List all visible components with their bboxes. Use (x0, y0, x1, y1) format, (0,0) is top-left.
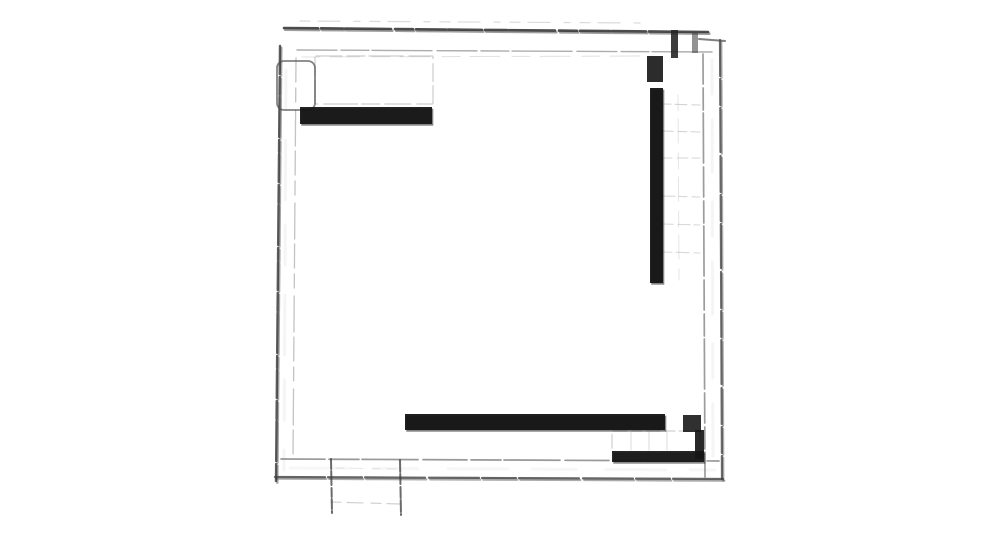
entry-left-jamb (331, 459, 332, 513)
right-wall-smudge (712, 60, 713, 470)
right-wall-inner-line (703, 54, 705, 477)
top-right-corner-line (699, 39, 725, 41)
entry-bottom-line (331, 502, 400, 504)
right-shelf-line-5 (663, 224, 700, 225)
tl-counter-black-bar-echo (301, 109, 433, 126)
bottom-black-bar-echo (406, 416, 666, 432)
br-black-blob (683, 415, 701, 432)
floorplan-svg (0, 0, 1000, 547)
top-door-mark-2 (692, 33, 698, 53)
right-shelf-line-4 (663, 196, 700, 197)
br-black-hbar-echo (613, 453, 705, 464)
entry-right-jamb (400, 460, 401, 515)
left-wall-inner-line (293, 58, 296, 458)
right-shelf-line-2 (663, 131, 700, 132)
left-wall-smudge (284, 70, 286, 470)
right-black-bar-top (647, 56, 663, 82)
floorplan-sketch-sheet (0, 0, 1000, 547)
top-wall-inner-line (297, 50, 713, 52)
right-black-bar-echo (651, 90, 664, 285)
top-door-mark (671, 30, 678, 58)
charcoal-bar-layer (300, 30, 705, 464)
right-shelf-line-6 (663, 252, 700, 253)
tl-counter-outline (315, 56, 433, 104)
top-wall-ghost-line (300, 21, 645, 23)
right-shelf-line-1 (663, 104, 700, 105)
br-counter-outline (612, 431, 700, 452)
